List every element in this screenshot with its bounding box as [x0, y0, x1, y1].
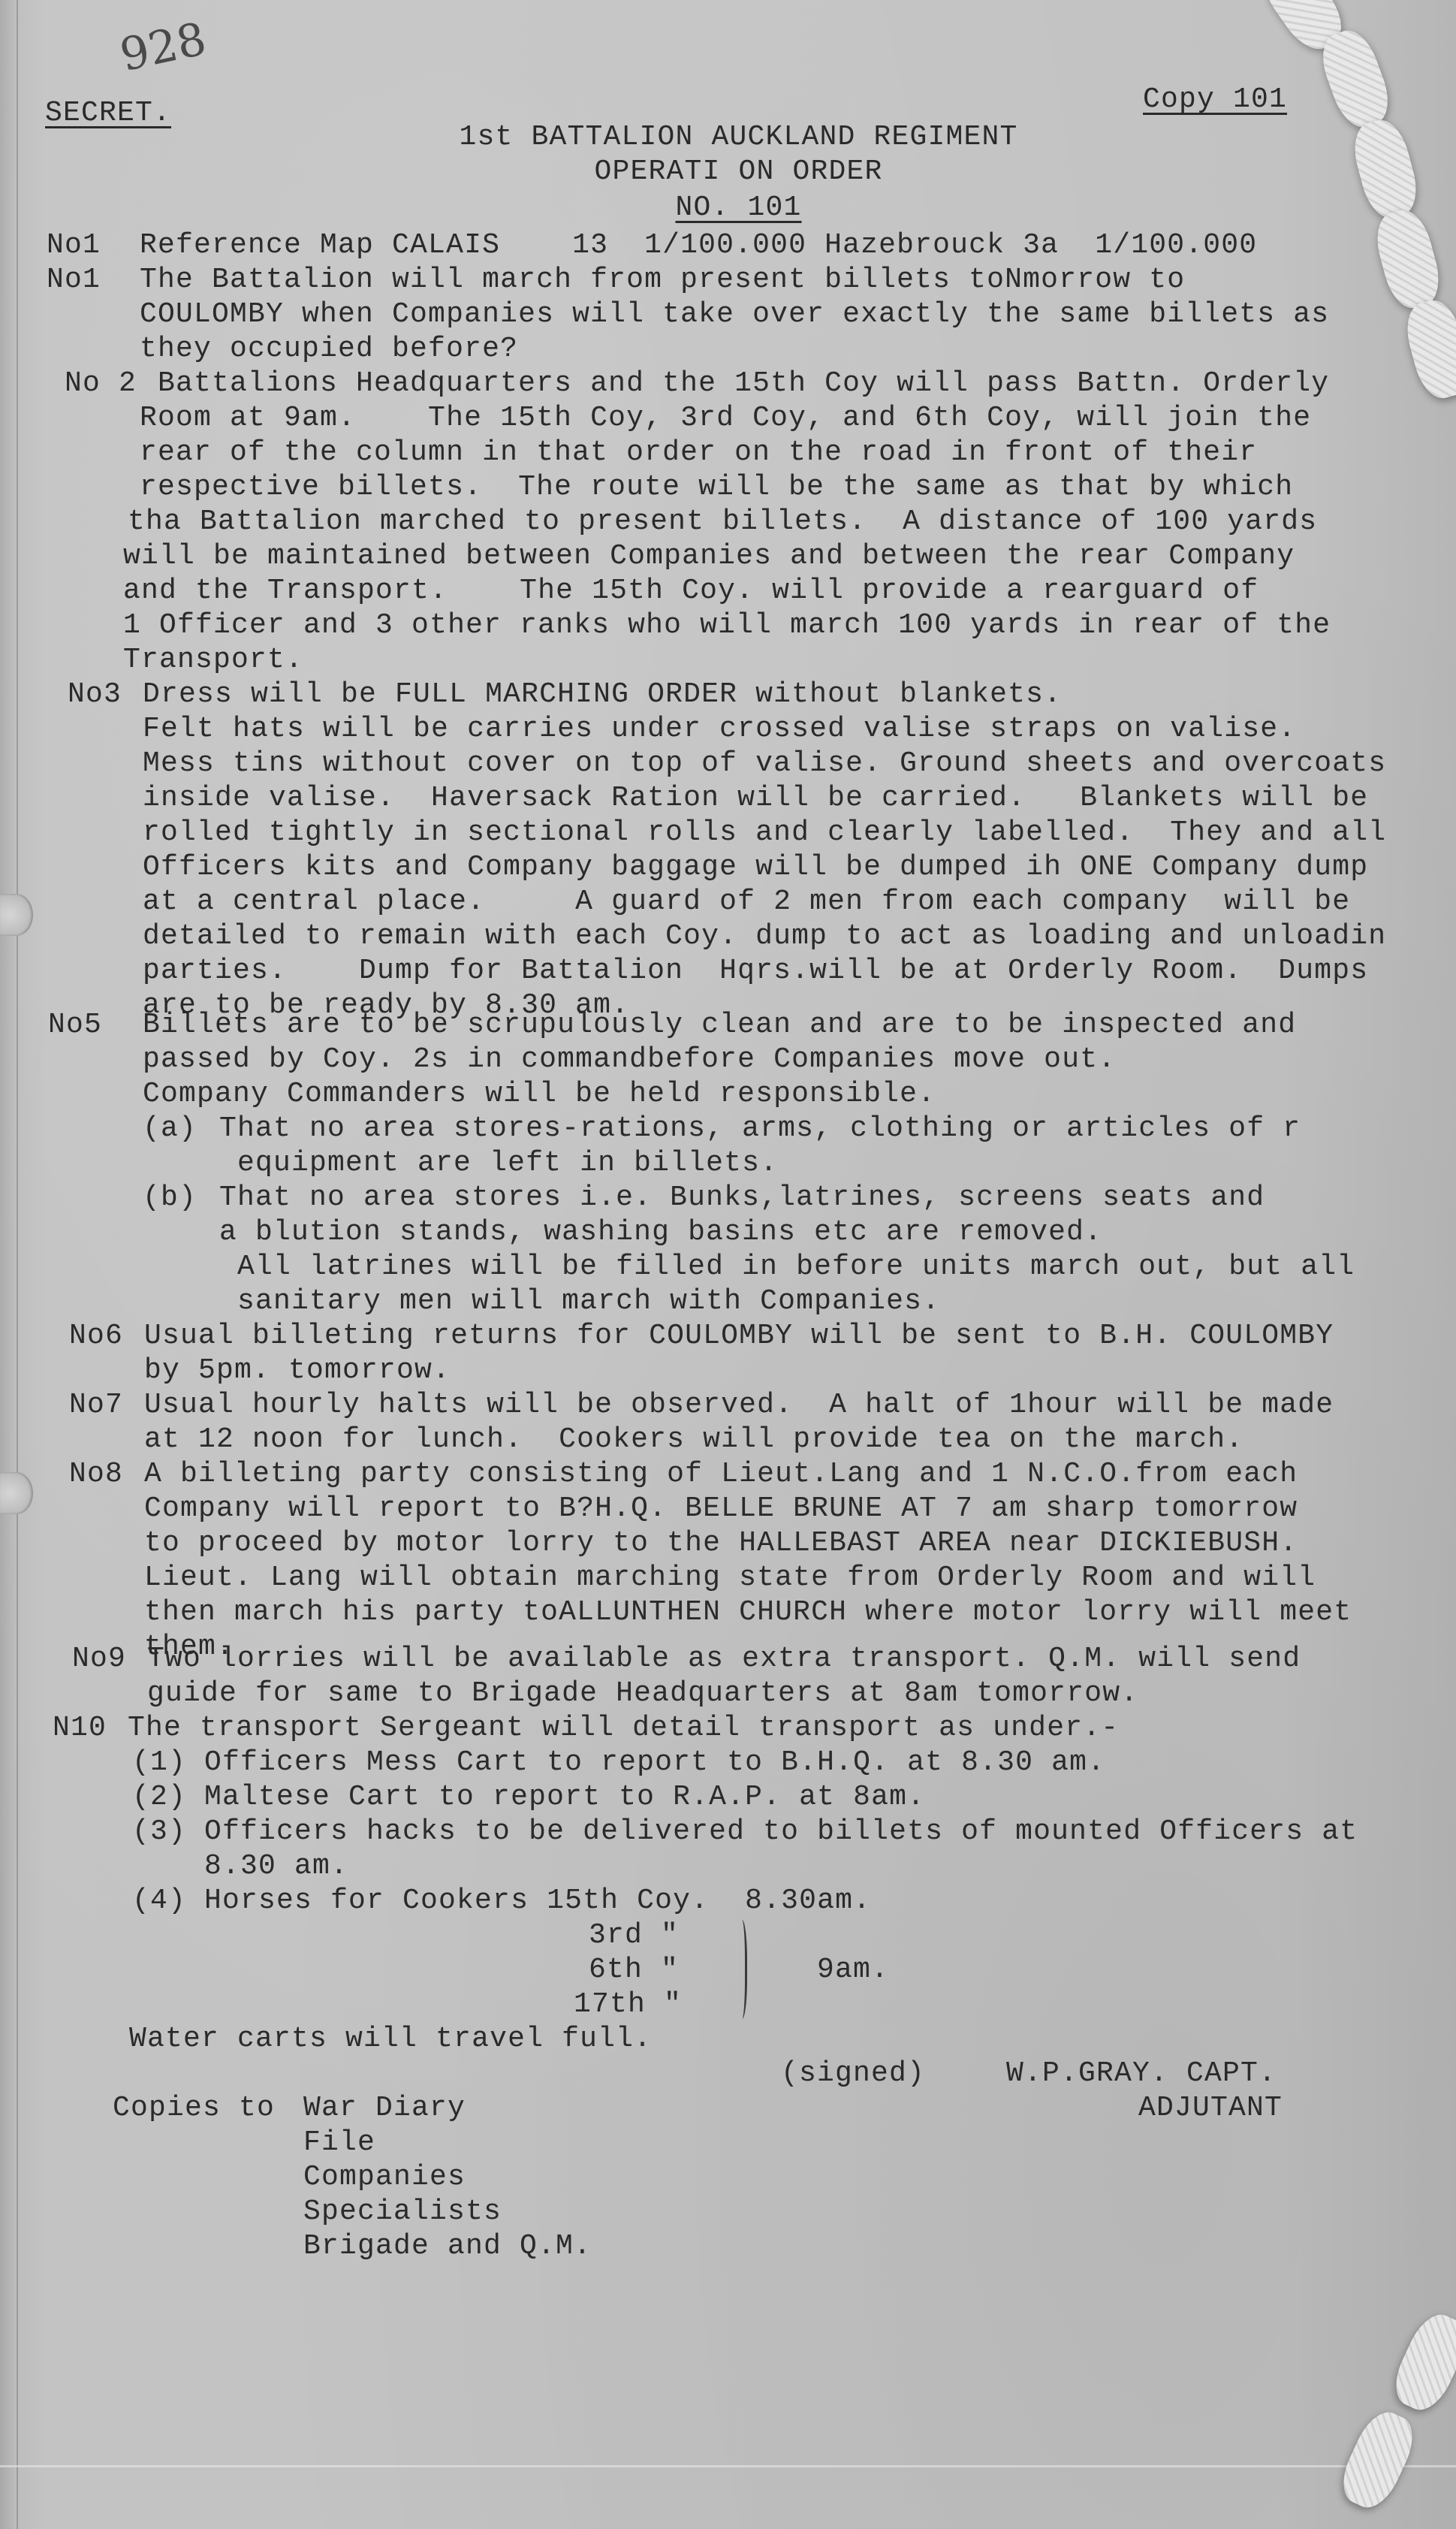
para-number: No6	[69, 1319, 123, 1354]
text-line: Officers kits and Company baggage will b…	[143, 850, 1368, 885]
text-line: at 12 noon for lunch. Cookers will provi…	[144, 1423, 1243, 1457]
text-line: passed by Coy. 2s in commandbefore Compa…	[143, 1043, 1116, 1077]
cooker-time: 9am.	[817, 1953, 889, 1987]
para-number: No8	[69, 1457, 123, 1492]
text-line: That no area stores i.e. Bunks,latrines,…	[219, 1181, 1265, 1215]
para-number: No3	[68, 678, 122, 712]
subitem-label: (2)	[132, 1780, 186, 1815]
text-line: Company Commanders will be held responsi…	[143, 1077, 936, 1112]
text-line: Officers Mess Cart to report to B.H.Q. a…	[204, 1746, 1105, 1780]
signatory-name: W.P.GRAY. CAPT.	[1006, 2057, 1277, 2091]
text-line: tha Battalion marched to present billets…	[128, 505, 1317, 539]
text-line: Transport.	[123, 643, 303, 678]
archive-number: 928	[116, 13, 211, 82]
unit-title: 1st BATTALION AUCKLAND REGIMENT	[0, 120, 1456, 155]
punch-hole-bottom	[0, 1472, 33, 1514]
text-line: they occupied before?	[140, 332, 518, 367]
text-line: Room at 9am. The 15th Coy, 3rd Coy, and …	[140, 401, 1311, 436]
text-line: and the Transport. The 15th Coy. will pr…	[123, 574, 1259, 608]
order-title: OPERATI ON ORDER	[0, 155, 1456, 189]
subitem-label: (b)	[143, 1181, 197, 1215]
text-line: Usual billeting returns for COULOMBY wil…	[144, 1319, 1334, 1354]
text-line: detailed to remain with each Coy. dump t…	[143, 919, 1386, 954]
text-line: 1 Officer and 3 other ranks who will mar…	[123, 608, 1331, 643]
text-line: COULOMBY when Companies will take over e…	[140, 297, 1329, 332]
order-number-text: NO. 101	[675, 192, 801, 224]
subitem-label: (4)	[132, 1884, 186, 1918]
para-number: No9	[72, 1642, 126, 1676]
text-line: Horses for Cookers 15th Coy. 8.30am.	[204, 1884, 871, 1918]
text-line: Felt hats will be carries under crossed …	[143, 712, 1296, 747]
text-line: The Battalion will march from present bi…	[140, 263, 1185, 297]
subitem-label: (3)	[132, 1815, 186, 1849]
copy-recipient: Specialists	[303, 2195, 502, 2229]
copy-recipient: Brigade and Q.M.	[303, 2229, 592, 2264]
signatory-role: ADJUTANT	[1138, 2091, 1283, 2126]
fold-crease	[0, 2465, 1456, 2467]
punch-hole-top	[0, 894, 33, 936]
text-line: rear of the column in that order on the …	[140, 436, 1257, 470]
subitem-label: (1)	[132, 1746, 186, 1780]
text-line: Company will report to B?H.Q. BELLE BRUN…	[144, 1492, 1298, 1526]
text-line: A billeting party consisting of Lieut.La…	[144, 1457, 1298, 1492]
text-line: Maltese Cart to report to R.A.P. at 8am.	[204, 1780, 925, 1815]
cooker-row: 17th "	[574, 1987, 682, 2022]
text-line: parties. Dump for Battalion Hqrs.will be…	[143, 954, 1368, 988]
signed-label: (signed)	[781, 2057, 925, 2091]
para-number: No7	[69, 1388, 123, 1423]
text-line: inside valise. Haversack Ration will be …	[143, 781, 1368, 816]
text-line: Battalions Headquarters and the 15th Coy…	[158, 367, 1329, 401]
para-number: No5	[48, 1008, 102, 1043]
text-line: then march his party toALLUNTHEN CHURCH …	[144, 1595, 1352, 1630]
copy-recipient: War Diary	[303, 2091, 466, 2126]
document-sheet: 928 SECRET. Copy 101 1st BATTALION AUCKL…	[0, 0, 1456, 2529]
grouping-bracket	[734, 1920, 747, 2019]
para-number: No1	[47, 228, 101, 263]
binding-cord-segment	[1314, 24, 1397, 134]
copies-label: Copies to	[113, 2091, 275, 2126]
cooker-row: 6th "	[589, 1953, 679, 1987]
cooker-row: 3rd "	[589, 1918, 679, 1953]
text-line: Usual hourly halts will be observed. A h…	[144, 1388, 1334, 1423]
copy-recipient: File	[303, 2126, 375, 2160]
subitem-label: (a)	[143, 1112, 197, 1146]
text-line: Billets are to be scrupulously clean and…	[143, 1008, 1296, 1043]
page-edge	[17, 0, 18, 2529]
order-number: NO. 101	[0, 191, 1456, 225]
text-line: a blution stands, washing basins etc are…	[219, 1215, 1102, 1250]
text-line: respective billets. The route will be th…	[140, 470, 1293, 505]
text-line: Mess tins without cover on top of valise…	[143, 747, 1386, 781]
binding-cord-segment	[1386, 2307, 1456, 2417]
text-line: guide for same to Brigade Headquarters a…	[147, 1676, 1138, 1711]
reference-map-line: Reference Map CALAIS 13 1/100.000 Hazebr…	[140, 228, 1257, 263]
copy-number: Copy 101	[1143, 83, 1287, 117]
binding-cord-segment	[1334, 2404, 1422, 2515]
closing-line: Water carts will travel full.	[129, 2022, 652, 2057]
text-line: Lieut. Lang will obtain marching state f…	[144, 1561, 1316, 1595]
text-line: equipment are left in billets.	[165, 1146, 778, 1181]
text-line: by 5pm. tomorrow.	[144, 1354, 451, 1388]
text-line: at a central place. A guard of 2 men fro…	[143, 885, 1350, 919]
para-number: No 2	[65, 367, 137, 401]
para-number: N10	[53, 1711, 107, 1746]
text-line: will be maintained between Companies and…	[123, 539, 1295, 574]
para-number: No1	[47, 263, 101, 297]
text-line: Two lorries will be available as extra t…	[147, 1642, 1301, 1676]
text-line: Dress will be FULL MARCHING ORDER withou…	[143, 678, 1062, 712]
copy-recipient: Companies	[303, 2160, 466, 2195]
text-line: That no area stores-rations, arms, cloth…	[219, 1112, 1301, 1146]
text-line: All latrines will be filled in before un…	[219, 1250, 1355, 1284]
text-line: sanitary men will march with Companies.	[219, 1284, 940, 1319]
text-line: Officers hacks to be delivered to billet…	[204, 1815, 1358, 1849]
text-line: The transport Sergeant will detail trans…	[128, 1711, 1119, 1746]
text-line: to proceed by motor lorry to the HALLEBA…	[144, 1526, 1298, 1561]
text-line: rolled tightly in sectional rolls and cl…	[143, 816, 1386, 850]
text-line: 8.30 am.	[204, 1849, 348, 1884]
binding-cord-segment	[1400, 295, 1456, 403]
